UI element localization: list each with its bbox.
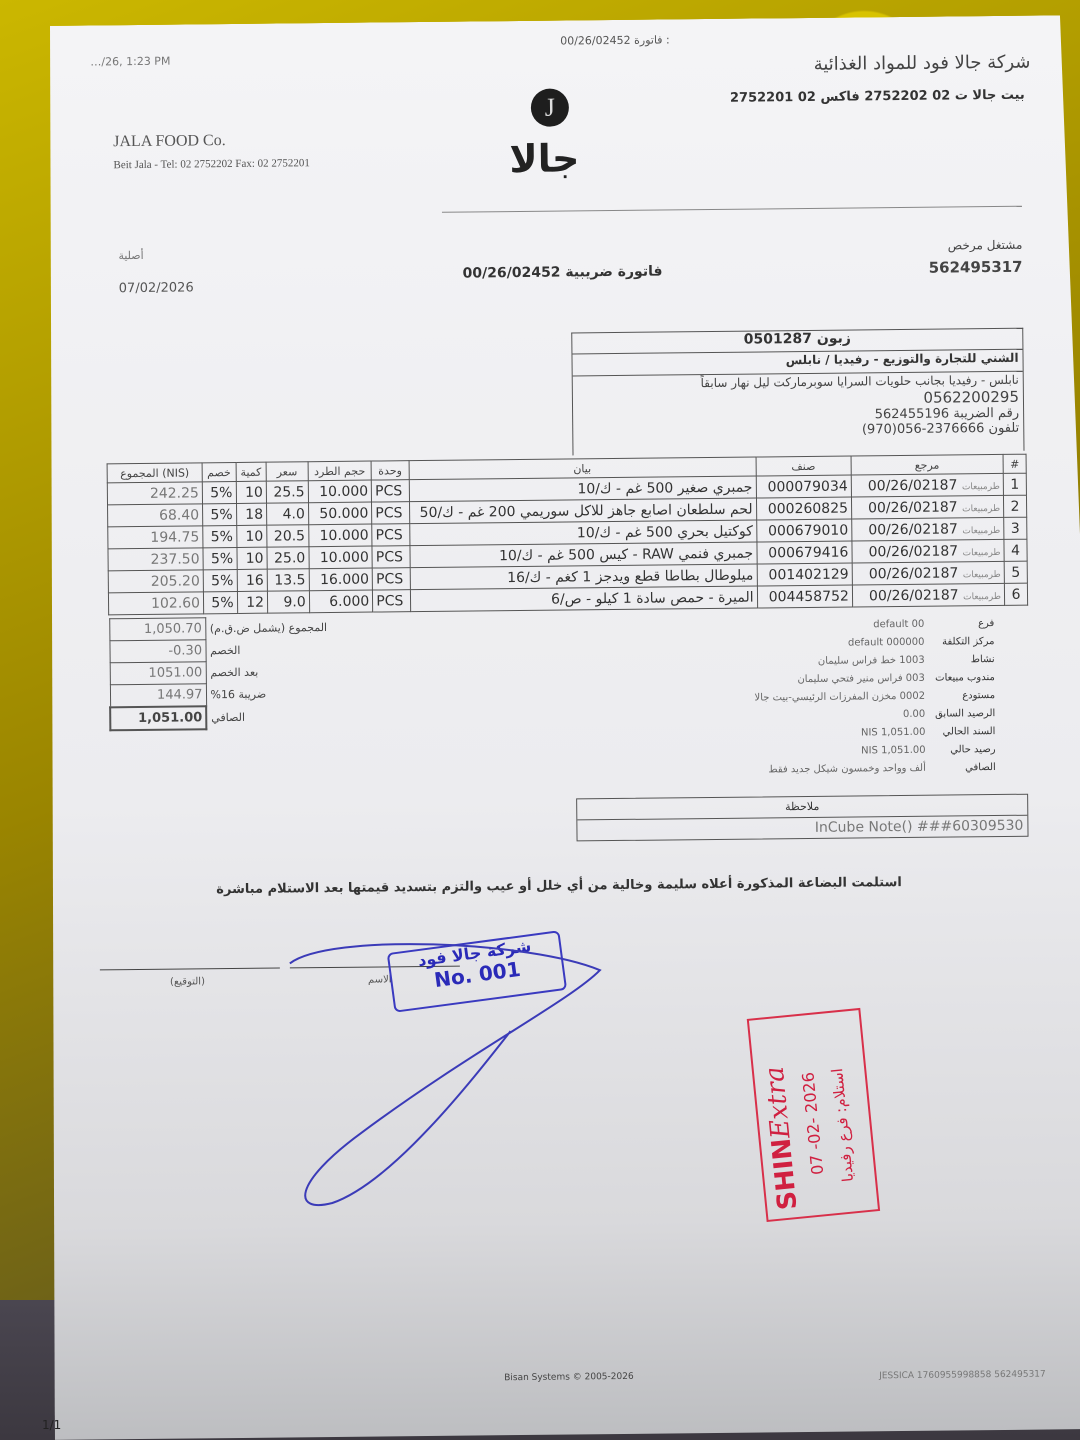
col-quantity: كمية (236, 462, 267, 481)
cell-reference: طرمبيعات 00/26/02187 (852, 517, 1004, 541)
totals-row: 1,050.70المجموع (يشمل ض.ق.م) (109, 617, 328, 641)
totals-value: 1051.00 (110, 662, 206, 685)
cell-reference: طرمبيعات 00/26/02187 (851, 495, 1003, 519)
print-timestamp: …/26, 1:23 PM (90, 55, 170, 69)
note-value: InCube Note() ###60309530 (577, 816, 1027, 841)
cell-unit: PCS (372, 502, 410, 524)
ref-type: طرمبيعات (962, 503, 1000, 513)
invoice-ref-value: 00/26/02452 (560, 34, 631, 48)
col-index: # (1003, 454, 1026, 473)
col-item-code: صنف (756, 456, 852, 476)
cell-discount: 5% (202, 481, 236, 503)
ref-number: 00/26/02187 (869, 587, 959, 604)
cell-pack-size: 6.000 (309, 590, 373, 613)
cell-pack-size: 50.000 (308, 502, 372, 525)
cell-pack-size: 16.000 (309, 568, 373, 591)
totals-value: 1,051.00 (110, 706, 206, 730)
cell-reference: طرمبيعات 00/26/02187 (852, 561, 1004, 585)
totals-label: الخصم (205, 639, 328, 662)
cell-pack-size: 10.000 (308, 524, 372, 547)
cell-quantity: 18 (236, 503, 267, 525)
info-label: الصافي (926, 762, 996, 774)
totals-row: -0.30الخصم (109, 639, 328, 663)
receipt-stamp-brand-italic: Extra (760, 1065, 797, 1140)
ref-number: 00/26/02187 (868, 477, 958, 494)
col-price: سعر (266, 462, 308, 481)
ref-type: طرمبيعات (963, 547, 1001, 557)
signature-scribble (270, 940, 633, 1224)
totals-value: -0.30 (109, 640, 205, 663)
cell-unit: PCS (372, 546, 410, 568)
cell-unit: PCS (373, 590, 411, 612)
copy-type-label: أصلية (118, 249, 143, 262)
cell-price: 9.0 (267, 591, 309, 613)
ref-type: طرمبيعات (962, 481, 1000, 491)
info-label: مستودع (925, 690, 995, 702)
receipt-stamp-text: استلام: فرع رفيديا (828, 1068, 857, 1183)
info-value: 003 فراس منير فتحي سليمان (797, 673, 925, 685)
cell-discount: 5% (203, 525, 237, 547)
cell-item-code: 000679010 (756, 519, 852, 542)
items-table: المجموع (NIS) خصم كمية سعر حجم الطرد وحد… (107, 454, 1029, 616)
ref-number: 00/26/02187 (868, 499, 958, 516)
cell-price: 4.0 (266, 503, 308, 525)
cell-quantity: 10 (236, 481, 267, 503)
info-value: 0.00 (903, 709, 925, 720)
cell-total: 242.25 (107, 482, 202, 505)
software-footer: Bisan Systems © 2005-2026 (504, 1372, 634, 1383)
totals-label: بعد الخصم (206, 661, 329, 684)
cell-item-code: 001402129 (757, 563, 853, 586)
cell-total: 237.50 (108, 548, 203, 571)
cell-unit: PCS (372, 568, 410, 590)
cell-total: 102.60 (108, 592, 203, 615)
cell-index: 6 (1004, 583, 1027, 605)
totals-table: 1,050.70المجموع (يشمل ض.ق.م)-0.30الخصم10… (108, 616, 330, 731)
user-code-footer: JESSICA 1760955998858 562495317 (879, 1370, 1046, 1382)
jala-logo-arabic: جالا (509, 136, 579, 181)
cell-total: 194.75 (108, 526, 203, 549)
col-total: المجموع (NIS) (107, 463, 202, 483)
totals-row: 1,051.00الصافي (110, 705, 329, 730)
cell-price: 13.5 (267, 569, 309, 591)
ref-number: 00/26/02187 (868, 521, 958, 538)
company-name-en: JALA FOOD Co. (113, 132, 226, 151)
cell-quantity: 12 (237, 591, 268, 613)
cell-quantity: 10 (237, 547, 268, 569)
col-unit: وحدة (371, 461, 408, 480)
cell-price: 25.5 (266, 481, 308, 503)
signature-label: (التوقيع) (170, 976, 205, 987)
cell-pack-size: 10.000 (309, 546, 373, 569)
cell-pack-size: 10.000 (308, 480, 372, 503)
cell-quantity: 16 (237, 569, 268, 591)
cell-discount: 5% (203, 569, 237, 591)
ref-type: طرمبيعات (963, 591, 1001, 601)
col-pack-size: حجم الطرد (308, 461, 372, 481)
cell-item-code: 000079034 (756, 475, 852, 498)
info-value: default 000000 (848, 637, 925, 649)
totals-value: 144.97 (110, 684, 206, 708)
cell-discount: 5% (203, 547, 237, 569)
col-discount: خصم (202, 462, 236, 481)
cell-total: 68.40 (108, 504, 203, 527)
ref-number: 00/26/02187 (869, 565, 959, 582)
info-value: 0002 مخزن المفرزات الرئيسي-بيت جالا (754, 691, 925, 704)
customer-code-label: زبون (817, 331, 851, 347)
totals-label: ضريبة 16% (206, 683, 329, 707)
invoice-ref-label: فاتورة : (634, 33, 670, 46)
info-label: مركز التكلفة (924, 636, 994, 648)
totals-row: 1051.00بعد الخصم (110, 661, 329, 685)
info-label: فرع (924, 618, 994, 630)
receipt-stamp-date: 07 -02- 2026 (798, 1071, 827, 1176)
ref-type: طرمبيعات (962, 525, 1000, 535)
col-reference: مرجع (851, 454, 1003, 475)
cell-index: 4 (1004, 539, 1027, 561)
cell-discount: 5% (203, 591, 237, 613)
cell-total: 205.20 (108, 570, 203, 593)
company-contact-ar: بيت جالا ت 02 2752202 فاكس 02 2752201 (730, 88, 1025, 106)
cell-price: 20.5 (267, 525, 309, 547)
customer-box: زبون 0501287 الشني للتجارة والتوزيع - رف… (571, 328, 1024, 456)
receipt-statement: استلمت البضاعة المذكورة أعلاه سليمة وخال… (209, 875, 909, 897)
company-name-ar: شركة جالا فود للمواد الغذائية (814, 52, 1031, 75)
invoice-date: 07/02/2026 (119, 280, 194, 296)
info-label: رصيد حالي (926, 744, 996, 756)
info-value: ألف وواحد وخمسون شيكل جديد فقط (768, 763, 926, 776)
cell-quantity: 10 (236, 525, 267, 547)
receipt-stamp-brand: SHINExtra (760, 1065, 804, 1211)
cell-index: 2 (1003, 495, 1026, 517)
receipt-stamp: SHINExtra 07 -02- 2026 استلام: فرع رفيدي… (747, 1008, 880, 1222)
signature-line (100, 968, 280, 971)
receipt-stamp-brand-bold: SHIN (767, 1137, 804, 1212)
cell-item-code: 000679416 (756, 541, 852, 564)
cell-item-code: 004458752 (757, 585, 853, 608)
ref-number: 00/26/02187 (868, 543, 958, 560)
note-box: ملاحظة InCube Note() ###60309530 (576, 794, 1028, 842)
licensed-dealer-number: 562495317 (929, 258, 1023, 277)
cell-index: 5 (1004, 561, 1027, 583)
page-number: 1/1 (42, 1418, 61, 1432)
ref-type: طرمبيعات (963, 569, 1001, 579)
cell-reference: طرمبيعات 00/26/02187 (852, 583, 1004, 607)
cell-reference: طرمبيعات 00/26/02187 (851, 473, 1003, 497)
info-label: مندوب مبيعات (925, 672, 995, 684)
cell-reference: طرمبيعات 00/26/02187 (852, 539, 1004, 563)
cell-unit: PCS (372, 480, 410, 502)
cell-price: 25.0 (267, 547, 309, 569)
totals-value: 1,050.70 (109, 618, 205, 641)
cell-index: 1 (1003, 473, 1026, 495)
info-label: السند الحالي (925, 726, 995, 738)
header-divider (442, 206, 1022, 213)
info-value: default 00 (873, 619, 924, 631)
totals-row: 144.97ضريبة 16% (110, 683, 329, 708)
jala-logo-icon: J (531, 88, 569, 126)
invoice-title: فاتورة ضريبية 00/26/02452 (463, 263, 663, 281)
totals-label: الصافي (206, 705, 329, 729)
company-contact-en: Beit Jala - Tel: 02 2752202 Fax: 02 2752… (113, 157, 310, 171)
info-value: 1003 خط فراس سليمان (818, 655, 925, 667)
invoice-title-label: فاتورة ضريبية (565, 263, 662, 280)
invoice-info-block: فرعdefault 00مركز التكلفةdefault 000000ن… (674, 618, 996, 783)
info-value: 1,051.00 NIS (861, 727, 926, 739)
customer-code: 0501287 (744, 331, 812, 348)
info-value: 1,051.00 NIS (861, 745, 926, 757)
cell-unit: PCS (372, 524, 410, 546)
info-label: نشاط (925, 654, 995, 666)
invoice-paper: …/26, 1:23 PM 00/26/02452 فاتورة : JALA … (40, 15, 1080, 1440)
licensed-dealer-label: مشتغل مرخص (948, 238, 1023, 253)
invoice-ref-top: 00/26/02452 فاتورة : (560, 33, 670, 47)
cell-description: الميرة - حمص سادة 1 كيلو - ص/6 (410, 586, 757, 612)
cell-item-code: 000260825 (756, 497, 852, 520)
totals-label: المجموع (يشمل ض.ق.م) (205, 617, 328, 640)
cell-index: 3 (1004, 517, 1027, 539)
info-label: الرصيد السابق (925, 708, 995, 720)
cell-discount: 5% (203, 503, 237, 525)
info-row: الصافيألف وواحد وخمسون شيكل جديد فقط (676, 762, 996, 783)
invoice-number: 00/26/02452 (463, 265, 561, 282)
